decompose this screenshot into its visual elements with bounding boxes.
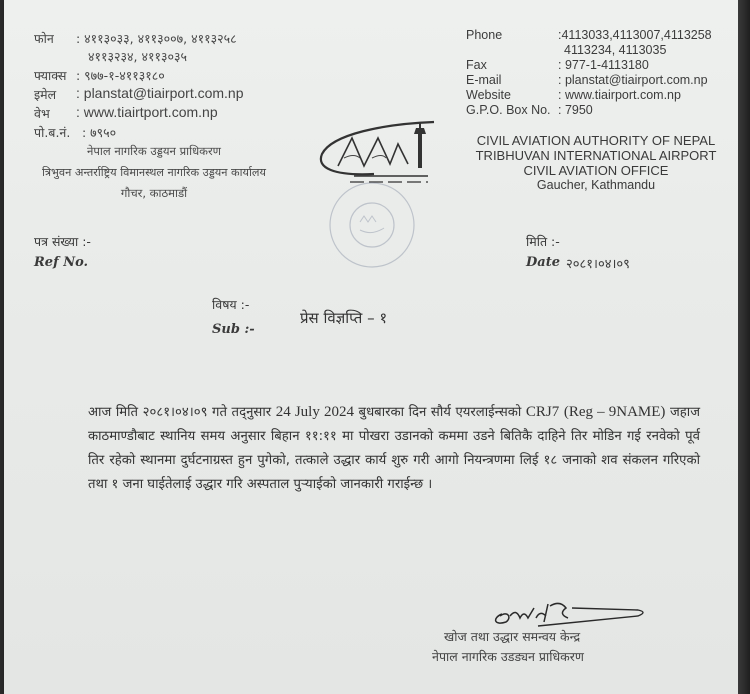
date-value: २०८१।०४।०९ <box>566 254 630 272</box>
location-np: गौचर, काठमाडौं <box>4 186 304 201</box>
fax-label-en: Fax <box>466 58 487 72</box>
web-value-np: : www.tiairtport.com.np <box>76 104 218 120</box>
phone-value-np: : ४११३०३३, ४११३००७, ४११३२५८ <box>76 30 237 47</box>
body-date-en: 24 July 2024 <box>276 404 354 420</box>
email-value-np: : planstat@tiairport.com.np <box>76 85 244 101</box>
phone-value-np-2: ४११३२३४, ४११३०३५ <box>88 48 187 65</box>
org-name-np: नेपाल नागरिक उड्डयन प्राधिकरण <box>4 144 304 159</box>
date-label-en: Date <box>526 255 560 270</box>
aircraft-registration: (Reg – 9NAME) <box>564 404 666 420</box>
stamp-icon <box>326 180 418 270</box>
location-en: Gaucher, Kathmandu <box>466 178 726 192</box>
web-value-en: : www.tiairport.com.np <box>558 88 681 102</box>
email-value-en: : planstat@tiairport.com.np <box>558 73 708 87</box>
subject-label-np: विषय :- <box>212 296 249 313</box>
official-stamp <box>326 180 418 270</box>
subject-label-en: Sub :- <box>212 322 255 337</box>
date-label-np: मिति :- <box>526 233 560 250</box>
signature-icon <box>488 596 658 632</box>
pobox-label-en: G.P.O. Box No. <box>466 103 551 117</box>
phone-value-en: :4113033,4113007,4113258 <box>558 28 712 42</box>
ref-label-np: पत्र संख्या :- <box>34 233 91 250</box>
phone-label-np: फोन <box>34 30 54 47</box>
airport-name-en: TRIBHUVAN INTERNATIONAL AIRPORT <box>466 148 726 163</box>
email-label-en: E-mail <box>466 73 501 87</box>
pobox-label-np: पो.ब.नं. <box>34 124 70 141</box>
office-name-np: त्रिभुवन अन्तर्राष्ट्रिय विमानस्थल नागरि… <box>6 165 302 180</box>
pobox-value-np: : ७९५० <box>82 124 116 141</box>
letter-paper: फोन : ४११३०३३, ४११३००७, ४११३२५८ ४११३२३४,… <box>4 0 742 694</box>
pobox-value-en: : 7950 <box>558 103 593 117</box>
signatory-office: खोज तथा उद्धार समन्वय केन्द्र <box>444 628 580 645</box>
org-name-en: CIVIL AVIATION AUTHORITY OF NEPAL <box>466 133 726 148</box>
email-label-np: इमेल <box>34 86 56 103</box>
signature <box>488 596 658 632</box>
fax-label-np: फ्याक्स <box>34 67 66 84</box>
web-label-en: Website <box>466 88 511 102</box>
body-text-1: आज मिति २०८१।०४।०९ गते तद्नुसार <box>88 405 276 420</box>
web-label-np: वेभ <box>34 105 50 122</box>
body-text-2: बुधबारका दिन सौर्य एयरलाईन्सको <box>354 405 526 420</box>
background-edge <box>738 0 750 694</box>
press-release-body: आज मिति २०८१।०४।०९ गते तद्नुसार 24 July … <box>88 400 700 497</box>
subject-value: प्रेस विज्ञप्ति – १ <box>300 308 387 328</box>
office-name-en: CIVIL AVIATION OFFICE <box>466 163 726 178</box>
phone-label-en: Phone <box>466 28 502 42</box>
fax-value-en: : 977-1-4113180 <box>558 58 649 72</box>
ref-label-en: Ref No. <box>34 255 88 270</box>
phone-value-en-2: 4113234, 4113035 <box>564 43 666 57</box>
fax-value-np: : ९७७-१-४११३१८० <box>76 67 165 84</box>
aircraft-type: CRJ7 <box>526 404 559 420</box>
signatory-org: नेपाल नागरिक उडड्यन प्राधिकरण <box>432 648 584 665</box>
